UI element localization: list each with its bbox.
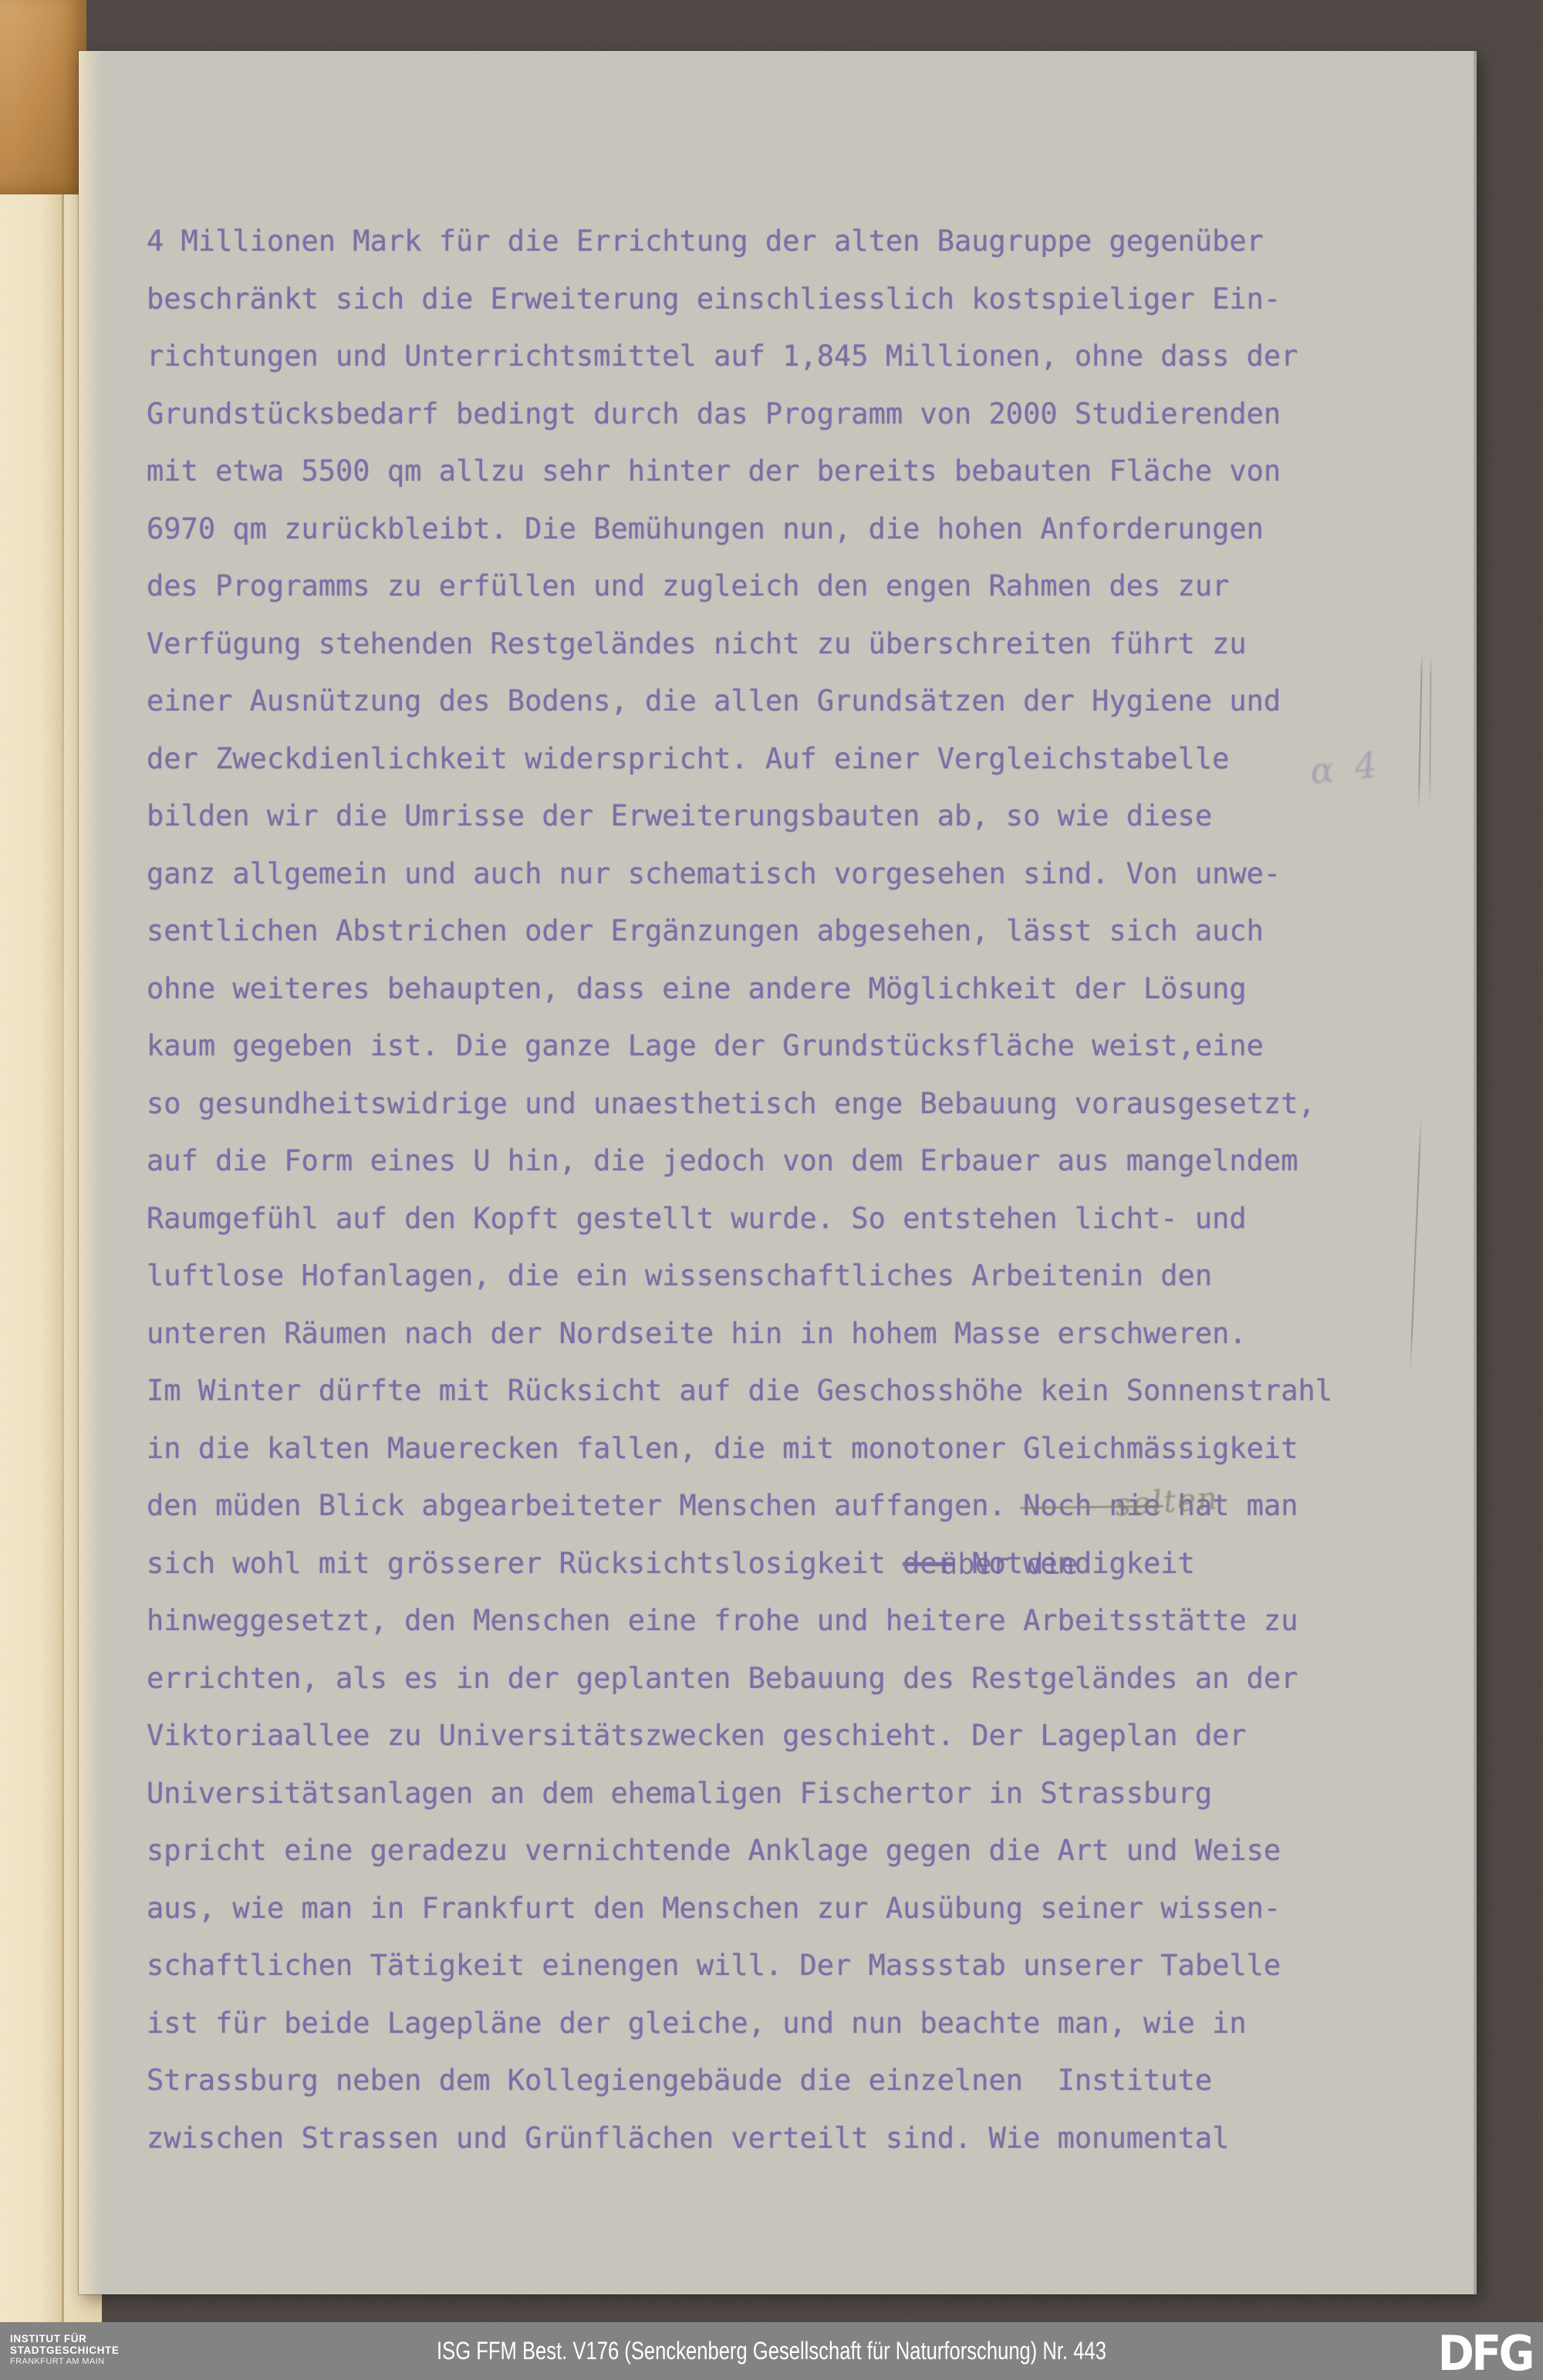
under-page-fold-line (62, 194, 64, 2324)
typed-line: richtungen und Unterrichtsmittel auf 1,8… (147, 328, 1332, 386)
typed-line: ohne weiteres behaupten, dass eine ander… (147, 960, 1332, 1018)
typed-line: unteren Räumen nach der Nordseite hin in… (147, 1305, 1332, 1363)
typed-line: so gesundheitswidrige und unaesthetisch … (147, 1075, 1332, 1133)
typed-line: luftlose Hofanlagen, die ein wissenschaf… (147, 1247, 1332, 1305)
typed-line: der Zweckdienlichkeit widerspricht. Auf … (147, 731, 1332, 788)
typed-line: sentlichen Abstrichen oder Ergänzungen a… (147, 903, 1332, 960)
institute-line1: INSTITUT FÜR (10, 2333, 120, 2345)
typed-lines: 4 Millionen Mark für die Errichtung der … (147, 213, 1332, 2167)
typed-line: des Programms zu erfüllen und zugleich d… (147, 558, 1332, 616)
typed-line: zwischen Strassen und Grünflächen vertei… (147, 2110, 1332, 2168)
typed-line: in die kalten Mauerecken fallen, die mit… (147, 1420, 1332, 1478)
typed-line: hinweggesetzt, den Menschen eine frohe u… (147, 1592, 1332, 1650)
typed-line: spricht eine geradezu vernichtende Ankla… (147, 1822, 1332, 1880)
typed-line: sich wohl mit grösserer Rücksichtslosigk… (147, 1535, 1332, 1593)
typed-line: mit etwa 5500 qm allzu sehr hinter der b… (147, 443, 1332, 501)
typed-line: einer Ausnützung des Bodens, die allen G… (147, 673, 1332, 731)
typed-line: 6970 qm zurückbleibt. Die Bemühungen nun… (147, 501, 1332, 559)
scanned-document-view: 4 Millionen Mark für die Errichtung der … (0, 0, 1543, 2380)
page-right-edge (1474, 51, 1477, 2294)
margin-annotation: α 4 (1308, 743, 1383, 792)
typed-line: Grundstücksbedarf bedingt durch das Prog… (147, 386, 1332, 444)
typed-line: schaftlichen Tätigkeit einengen will. De… (147, 1937, 1332, 1995)
typed-insertion: über die (940, 1548, 1078, 1581)
typed-line: auf die Form eines U hin, die jedoch von… (147, 1133, 1332, 1190)
typed-line: Viktoriaallee zu Universitätszwecken ges… (147, 1707, 1332, 1765)
archive-credit-bar: INSTITUT FÜR STADTGESCHICHTE FRANKFURT A… (0, 2322, 1543, 2380)
typed-line: Strassburg neben dem Kollegiengebäude di… (147, 2052, 1332, 2110)
dfg-logo: DFG (1438, 2325, 1532, 2380)
typed-line: ganz allgemein und auch nur schematisch … (147, 846, 1332, 903)
typed-line: beschränkt sich die Erweiterung einschli… (147, 271, 1332, 329)
handwritten-correction: selten (1114, 1480, 1220, 1523)
typed-line: Verfügung stehenden Restgeländes nicht z… (147, 616, 1332, 673)
under-page-fold-shade (42, 194, 62, 2324)
institute-line2: STADTGESCHICHTE (10, 2345, 120, 2356)
institut-stadtgeschichte-logo: INSTITUT FÜR STADTGESCHICHTE FRANKFURT A… (10, 2333, 120, 2368)
institute-line3: FRANKFURT AM MAIN (10, 2356, 120, 2368)
archive-reference: ISG FFM Best. V176 (Senckenberg Gesellsc… (154, 2337, 1389, 2365)
book-binding-leather (0, 0, 86, 199)
typed-line: ist für beide Lagepläne der gleiche, und… (147, 1995, 1332, 2053)
typed-line: aus, wie man in Frankfurt den Menschen z… (147, 1880, 1332, 1938)
page-left-edge-bleed (79, 51, 102, 2294)
typed-line: errichten, als es in der geplanten Bebau… (147, 1650, 1332, 1708)
typed-line: Im Winter dürfte mit Rücksicht auf die G… (147, 1362, 1332, 1420)
typed-line: kaum gegeben ist. Die ganze Lage der Gru… (147, 1018, 1332, 1075)
typed-line: bilden wir die Umrisse der Erweiterungsb… (147, 788, 1332, 846)
typed-line: Universitätsanlagen an dem ehemaligen Fi… (147, 1765, 1332, 1823)
typed-line: Raumgefühl auf den Kopft gestellt wurde.… (147, 1190, 1332, 1248)
typed-line: 4 Millionen Mark für die Errichtung der … (147, 213, 1332, 271)
